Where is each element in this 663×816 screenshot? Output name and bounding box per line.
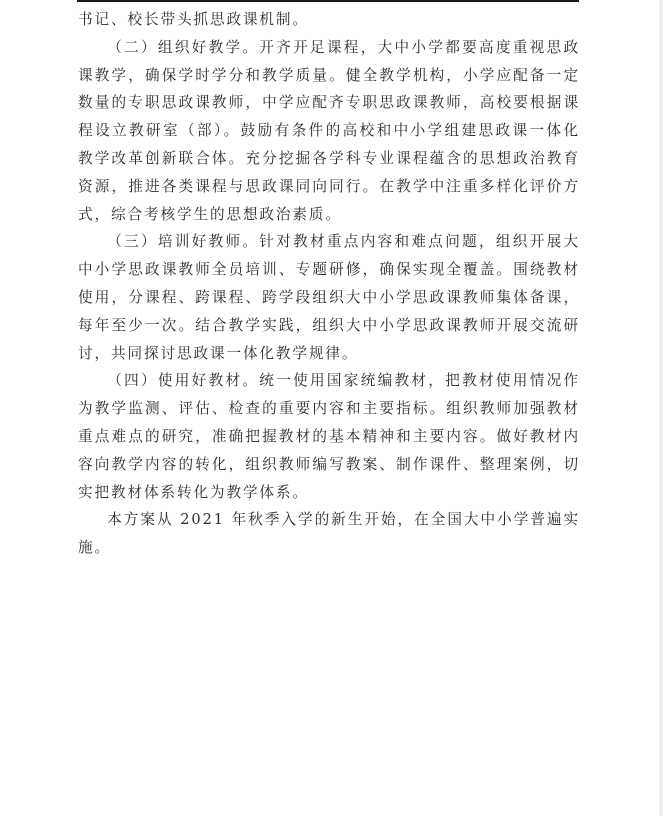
scrollbar-track[interactable]: [659, 0, 663, 816]
paragraph-organize-teaching: （二）组织好教学。开齐开足课程，大中小学都要高度重视思政课教学，确保学时学分和教…: [78, 34, 580, 229]
paragraph-implementation: 本方案从 2021 年秋季入学的新生开始，在全国大中小学普遍实施。: [78, 506, 580, 562]
paragraph-train-teachers: （三）培训好教师。针对教材重点内容和难点问题，组织开展大中小学思政课教师全员培训…: [78, 228, 580, 367]
top-divider-rule: [77, 0, 579, 2]
paragraph-continuation: 书记、校长带头抓思政课机制。: [78, 6, 580, 34]
document-page: 书记、校长带头抓思政课机制。 （二）组织好教学。开齐开足课程，大中小学都要高度重…: [78, 6, 580, 562]
paragraph-use-textbooks: （四）使用好教材。统一使用国家统编教材，把教材使用情况作为教学监测、评估、检查的…: [78, 367, 580, 506]
